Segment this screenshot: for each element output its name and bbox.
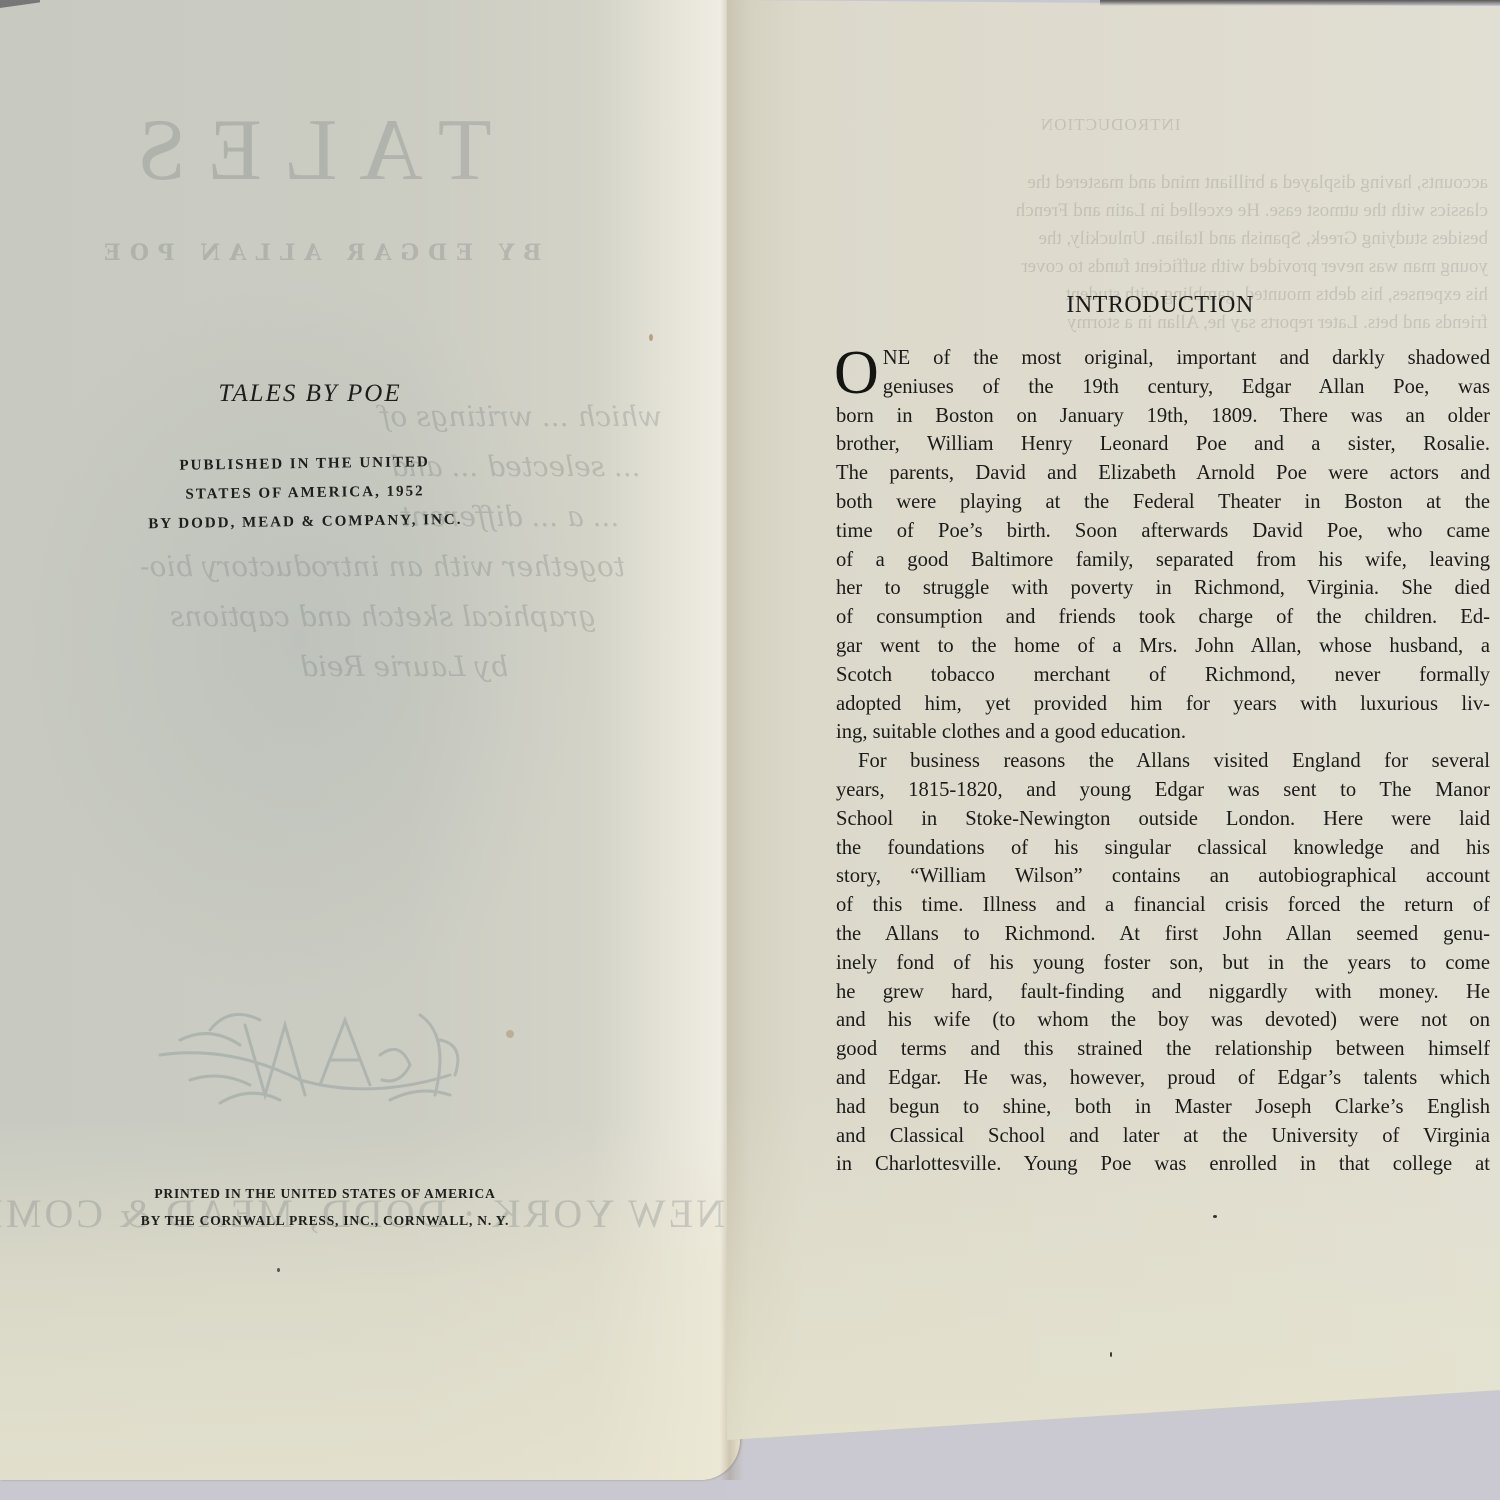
text-line: of consumption and friends took charge o… [836, 603, 1490, 632]
introduction-body: O NE of the most original, important and… [836, 344, 1490, 1179]
paper-spot [1213, 1215, 1217, 1218]
book-title: TALES BY POE [0, 380, 620, 408]
text-line: both were playing at the Federal Theater… [836, 488, 1490, 517]
paper-spot [277, 1268, 280, 1272]
text-line: School in Stoke-Newington outside London… [836, 805, 1490, 834]
paper-spot [649, 334, 653, 341]
bleed-through-text: together with an introductory bio- [140, 550, 625, 583]
paper-spot [1110, 1352, 1112, 1357]
text-line: ing, suitable clothes and a good educati… [836, 718, 1490, 747]
bleed-through-heading: INTRODUCTION [1040, 115, 1180, 135]
text-line: time of Poe’s birth. Soon afterwards Dav… [836, 517, 1490, 546]
paragraph-1: O NE of the most original, important and… [836, 344, 1490, 747]
laurel-emblem-icon [150, 985, 480, 1115]
text-line: For business reasons the Allans visited … [836, 747, 1490, 776]
text-line: and Classical School and later at the Un… [836, 1122, 1490, 1151]
printer-line: PRINTED IN THE UNITED STATES OF AMERICA [90, 1180, 560, 1207]
text-line: her to struggle with poverty in Richmond… [836, 574, 1490, 603]
bleed-through-line: accounts, having displayed a brilliant m… [828, 172, 1488, 194]
text-line: the Allans to Richmond. At first John Al… [836, 920, 1490, 949]
text-line: and Edgar. He was, however, proud of Edg… [836, 1064, 1490, 1093]
bleed-through-text: graphical sketch and captions [170, 600, 596, 633]
text-line: The parents, David and Elizabeth Arnold … [836, 459, 1490, 488]
left-page-copyright: TALES BY EDGAR ALLAN POE which ... writi… [0, 0, 740, 1480]
text-line: the foundations of his singular classica… [836, 834, 1490, 863]
text-line: good terms and this strained the relatio… [836, 1035, 1490, 1064]
paragraph-2: For business reasons the Allans visited … [836, 747, 1490, 1179]
text-line: in Charlottesville. Young Poe was enroll… [836, 1150, 1490, 1179]
page-heading: INTRODUCTION [830, 292, 1490, 319]
text-line: inely fond of his young foster son, but … [836, 949, 1490, 978]
text-line: adopted him, yet provided him for years … [836, 690, 1490, 719]
printer-line: BY THE CORNWALL PRESS, INC., CORNWALL, N… [90, 1207, 560, 1234]
bleed-through-text: by Laurie Reid [300, 650, 508, 683]
text-line: brother, William Henry Leonard Poe and a… [836, 430, 1490, 459]
text-line: of a good Baltimore family, separated fr… [836, 546, 1490, 575]
printer-info: PRINTED IN THE UNITED STATES OF AMERICA … [90, 1180, 560, 1234]
bleed-through-title: TALES [115, 100, 492, 201]
page-top-edge [1100, 0, 1500, 6]
bleed-through-line: young man was never provided with suffic… [828, 256, 1488, 278]
bleed-through-line: besides studying Greek, Spanish and Ital… [828, 228, 1488, 250]
text-line: born in Boston on January 19th, 1809. Th… [836, 402, 1490, 431]
bleed-through-byline: BY EDGAR ALLAN POE [95, 240, 542, 266]
text-line: story, “William Wilson” contains an auto… [836, 862, 1490, 891]
text-line: years, 1815-1820, and young Edgar was se… [836, 776, 1490, 805]
text-line: had begun to shine, both in Master Josep… [836, 1093, 1490, 1122]
text-line: gar went to the home of a Mrs. John Alla… [836, 632, 1490, 661]
drop-cap: O [834, 348, 879, 398]
text-line: he grew hard, fault-finding and niggardl… [836, 978, 1490, 1007]
text-line: NE of the most original, important and d… [836, 344, 1490, 373]
bleed-through-line: classics with the utmost ease. He excell… [828, 200, 1488, 222]
text-line: and his wife (to whom the boy was devote… [836, 1006, 1490, 1035]
text-line: geniuses of the 19th century, Edgar Alla… [836, 373, 1490, 402]
open-book-spread: TALES BY EDGAR ALLAN POE which ... writi… [0, 0, 1500, 1500]
text-line: of this time. Illness and a financial cr… [836, 891, 1490, 920]
text-line: Scotch tobacco merchant of Richmond, nev… [836, 661, 1490, 690]
page-corner-edge [0, 0, 40, 8]
paper-spot [506, 1030, 514, 1038]
publication-line: BY DODD, MEAD & COMPANY, INC. [105, 505, 505, 540]
publication-info: PUBLISHED IN THE UNITED STATES OF AMERIC… [104, 447, 505, 540]
